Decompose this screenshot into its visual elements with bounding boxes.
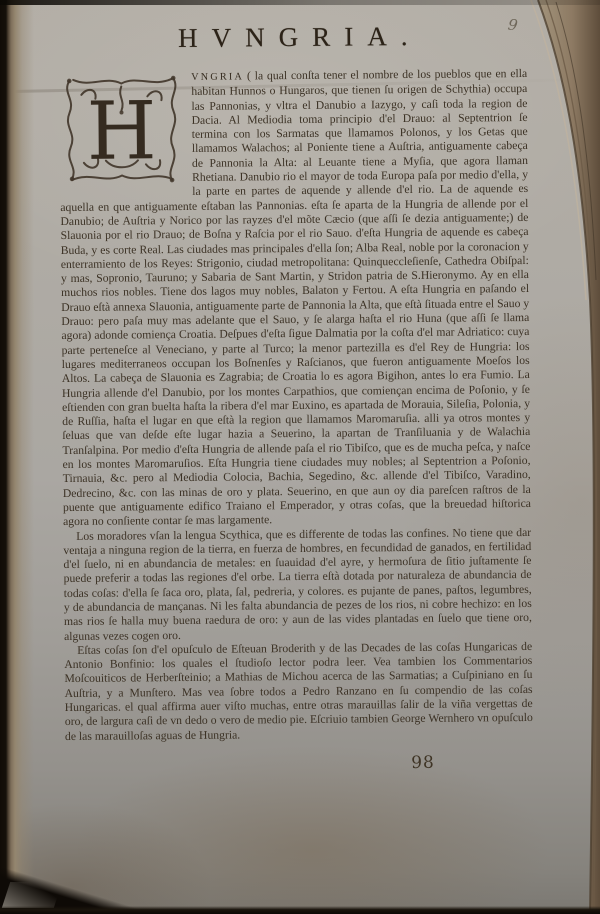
fore-edge-pages xyxy=(530,0,600,914)
svg-text:H: H xyxy=(86,84,157,178)
paragraph-1: H VNGRIA( la qual conſta tener el nombre… xyxy=(59,67,531,530)
page-corner-sliver xyxy=(2,882,62,908)
paragraph-3: Eſtas coſas ſon d'el opuſculo de Eſteuan… xyxy=(64,640,533,744)
page-title: HVNGRIA. xyxy=(59,20,527,55)
paragraph-2: Los moradores vſan la lengua Scythica, q… xyxy=(63,525,532,643)
page-number: 98 xyxy=(65,752,533,776)
binding-gutter-shadow xyxy=(0,0,34,914)
paragraph-1-lead-smallcaps: VNGRIA xyxy=(191,71,244,82)
bottom-edge-shadow xyxy=(0,906,600,914)
book-photo: 9 HVNGRIA. xyxy=(0,0,600,914)
top-edge-shadow xyxy=(0,0,600,5)
page-content: HVNGRIA. H xyxy=(59,20,534,776)
woodcut-initial-H: H xyxy=(59,72,184,187)
